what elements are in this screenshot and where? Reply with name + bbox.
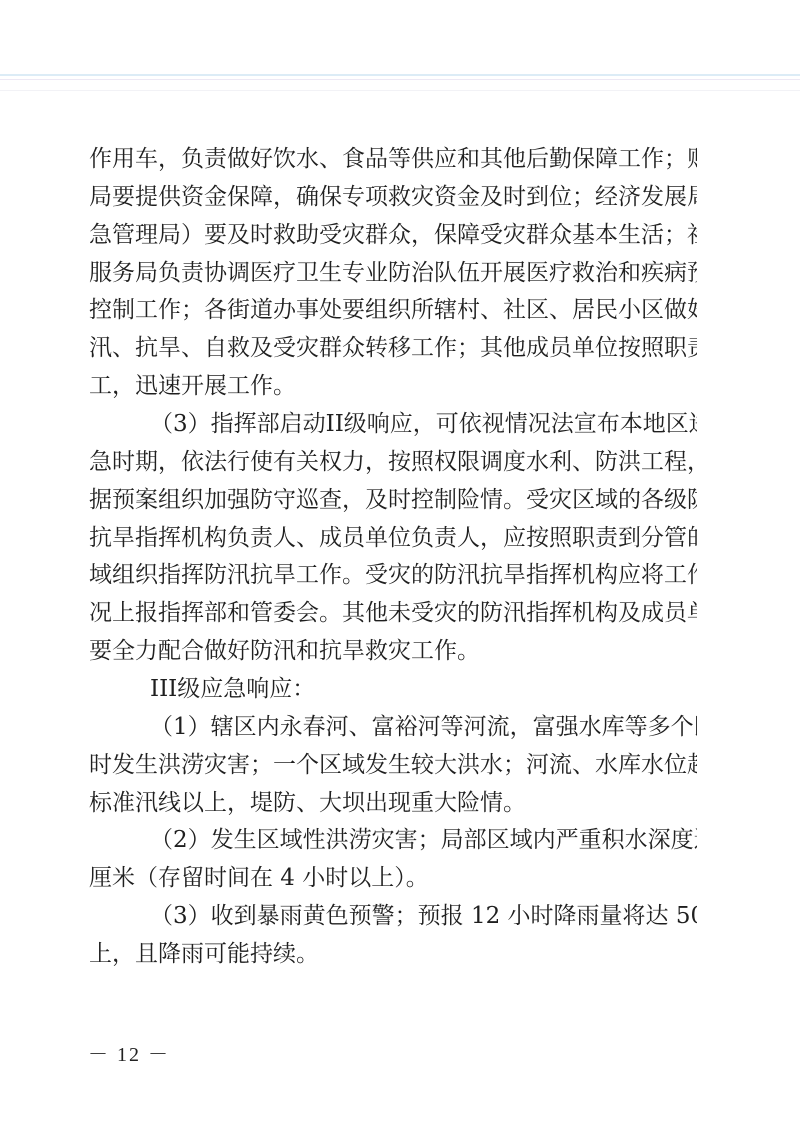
text-line: 工，迅速开展工作。 bbox=[89, 368, 697, 406]
scan-artifact-line bbox=[0, 79, 800, 80]
text-line: 急时期，依法行使有关权力，按照权限调度水利、防洪工程，根 bbox=[89, 444, 697, 482]
text-line: 上，且降雨可能持续。 bbox=[89, 936, 697, 974]
text-line: 抗旱指挥机构负责人、成员单位负责人，应按照职责到分管的区 bbox=[89, 520, 697, 558]
page-number: － 12 － bbox=[88, 1038, 170, 1067]
text-line: 况上报指挥部和管委会。其他未受灾的防汛指挥机构及成员单位 bbox=[89, 595, 697, 633]
text-line: 标准汛线以上，堤防、大坝出现重大险情。 bbox=[89, 785, 697, 823]
text-line: 厘米（存留时间在 4 小时以上）。 bbox=[89, 860, 697, 898]
text-line: （3）指挥部启动II级响应，可依视情况法宣布本地区进入紧 bbox=[89, 406, 697, 444]
section-heading: III级应急响应： bbox=[89, 671, 697, 709]
text-line: （3）收到暴雨黄色预警；预报 12 小时降雨量将达 50 毫米以 bbox=[89, 898, 697, 936]
text-line: 局要提供资金保障，确保专项救灾资金及时到位；经济发展局（应 bbox=[89, 179, 697, 217]
text-line: 汛、抗旱、自救及受灾群众转移工作；其他成员单位按照职责分 bbox=[89, 330, 697, 368]
text-line: 作用车，负责做好饮水、食品等供应和其他后勤保障工作；财政 bbox=[89, 141, 697, 179]
text-line: 域组织指挥防汛抗旱工作。受灾的防汛抗旱指挥机构应将工作情 bbox=[89, 557, 697, 595]
scan-artifact-line bbox=[0, 90, 800, 91]
text-line: 要全力配合做好防汛和抗旱救灾工作。 bbox=[89, 633, 697, 671]
text-line: （1）辖区内永春河、富裕河等河流，富强水库等多个区域同 bbox=[89, 709, 697, 747]
document-body: 作用车，负责做好饮水、食品等供应和其他后勤保障工作；财政 局要提供资金保障，确保… bbox=[89, 141, 697, 974]
text-line: 控制工作；各街道办事处要组织所辖村、社区、居民小区做好防 bbox=[89, 292, 697, 330]
text-line: 急管理局）要及时救助受灾群众，保障受灾群众基本生活；社会 bbox=[89, 217, 697, 255]
scan-artifact-line bbox=[0, 74, 800, 76]
text-line: （2）发生区域性洪涝灾害；局部区域内严重积水深度达 50-70 bbox=[89, 822, 697, 860]
text-line: 时发生洪涝灾害；一个区域发生较大洪水；河流、水库水位超过 bbox=[89, 747, 697, 785]
text-line: 据预案组织加强防守巡查，及时控制险情。受灾区域的各级防汛 bbox=[89, 482, 697, 520]
text-line: 服务局负责协调医疗卫生专业防治队伍开展医疗救治和疾病预防 bbox=[89, 255, 697, 293]
